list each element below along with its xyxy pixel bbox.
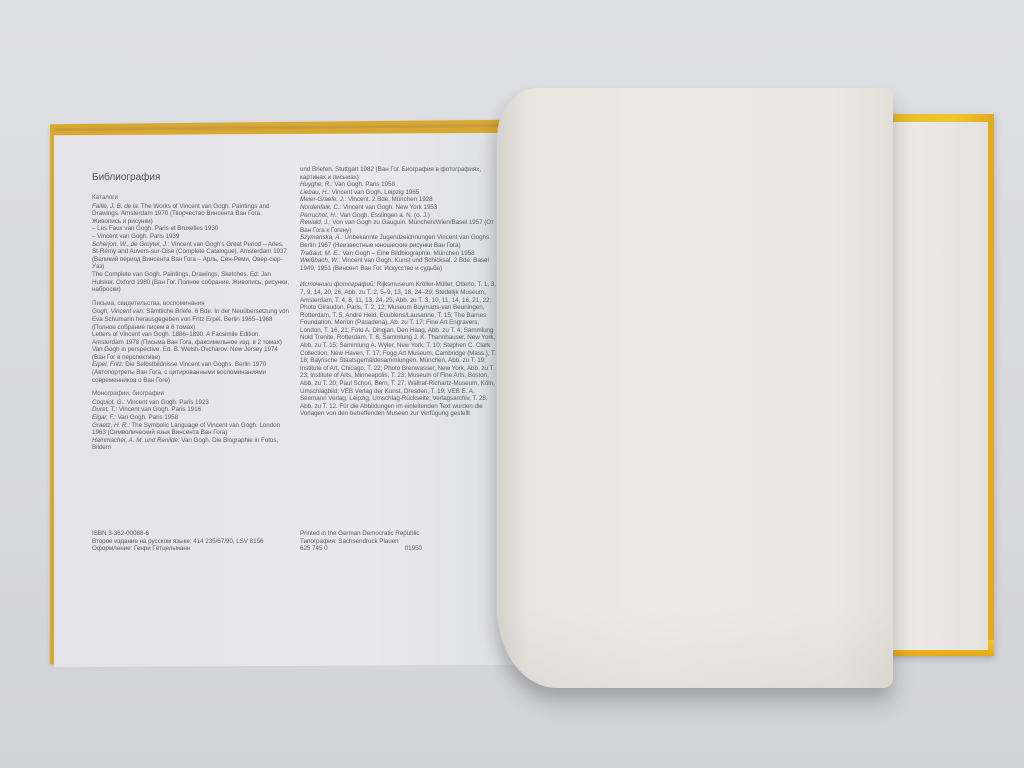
bibliography-entry: Hammacher, A. M. und Renilde: Van Gogh. … — [92, 437, 292, 452]
entry-author: Szymanska, A.: — [300, 234, 343, 241]
bibliography-entry: Coquiot, G.: Vincent van Gogh. Paris 192… — [92, 399, 292, 407]
entry-author: Hammacher, A. M. und Renilde: — [92, 437, 180, 444]
entry-author: Perruchot, H.: — [300, 212, 338, 219]
section-heading: Письма, свидетельства, воспоминания — [92, 300, 292, 308]
entry-author: Erpel, Fritz: — [92, 361, 124, 368]
bibliography-entry: – Les Faux van Gogh. Paris et Bruxelles … — [92, 225, 292, 233]
entry-author: Liebau, H.: — [300, 189, 330, 196]
curled-blank-page — [497, 88, 893, 688]
bibliography-entry: Letters of Vincent van Gogh. 1886–1890. … — [92, 331, 292, 346]
entry-author: Huyghe, R.: — [300, 181, 333, 188]
entry-author: Gogh, Vincent van: — [92, 308, 145, 315]
bibliography-entry: Meier-Graefe, J.: Vincent. 2 Bde. Münche… — [300, 196, 496, 204]
bibliography-column-1: КаталогиFaille, J. B. de la: The Works o… — [92, 194, 292, 452]
entry-author: Meier-Graefe, J.: — [300, 196, 346, 203]
bibliography-entry: Huyghe, R.: Van Gogh. Paris 1958 — [300, 181, 496, 189]
bibliography-entry: Scherjon, W., de Gruyter, J.: Vincent va… — [92, 241, 292, 271]
order-code: 01950 — [405, 545, 422, 553]
bibliography-entry: Traßaut, M. E.: Van Gogh – Eine Bildbiog… — [300, 250, 496, 258]
print-code: 625 745 0 — [300, 545, 328, 553]
bibliography-entry: The Complete van Gogh. Paintings, Drawin… — [92, 271, 292, 294]
section-heading: Каталоги — [92, 194, 292, 202]
isbn: ISBN 3-362-00088-6 — [92, 530, 292, 538]
bibliography-entry: Szymanska, A.: Unbekannte Jugendzeichnun… — [300, 234, 496, 249]
entry-author: Duret, T.: — [92, 406, 117, 413]
bibliography-entry: Nordenfalk, C.: Vincent van Gogh. New Yo… — [300, 204, 496, 212]
bibliography-entry: Van Gogh in perspective. Ed. B. Welsh-Ov… — [92, 346, 292, 361]
entry-author: Graetz, H. R.: — [92, 422, 130, 429]
bibliography-entry: Graetz, H. R.: The Symbolic Language of … — [92, 422, 292, 437]
entry-author: Rewald, J.: — [300, 219, 331, 226]
entry-author: Weißbach, W.: — [300, 257, 340, 264]
bibliography-entry: Faille, J. B. de la: The Works of Vincen… — [92, 203, 292, 226]
bibliography-entry: Elgar, F.: Van Gogh. Paris 1958 — [92, 414, 292, 422]
bibliography-entry: Perruchot, H.: Van Gogh. Esslingen a. N.… — [300, 212, 496, 220]
bibliography-entry: Rewald, J.: Von van Gogh zu Gauguin. Mün… — [300, 219, 496, 234]
entry-author: Scherjon, W., de Gruyter, J.: — [92, 241, 169, 248]
imprint-right: Printed in the German Democratic Republi… — [300, 530, 500, 553]
bibliography-column-2: und Briefen. Stuttgart 1982 (Ван Гог. Би… — [300, 166, 496, 418]
bibliography-entry: Liebau, H.: Vincent van Gogh. Leipzig 19… — [300, 189, 496, 197]
section-heading: Монографии, биографии — [92, 390, 292, 398]
bibliography-entry: und Briefen. Stuttgart 1982 (Ван Гог. Би… — [300, 166, 496, 181]
photo-sources-text: Rijksmuseum Kröller-Müller, Otterlo, T. … — [300, 281, 496, 417]
entry-author: Traßaut, M. E.: — [300, 250, 341, 257]
photo-scene: Библиография КаталогиFaille, J. B. de la… — [0, 0, 1024, 768]
bibliography-entry: Weißbach, W.: Vincent van Gogh. Kunst un… — [300, 257, 496, 272]
photo-sources: Источники фотографий: Rijksmuseum Krölle… — [300, 281, 496, 418]
bibliography-entry: – Vincent van Gogh. Paris 1939 — [92, 233, 292, 241]
imprint-left: ISBN 3-362-00088-6 Второе издание на рус… — [92, 530, 292, 553]
photo-sources-label: Источники фотографий: — [300, 281, 375, 288]
bibliography-entry: Duret, T.: Vincent van Gogh. Paris 1916 — [92, 406, 292, 414]
entry-author: Elgar, F.: — [92, 414, 116, 421]
bibliography-title: Библиография — [92, 172, 160, 183]
entry-author: Nordenfalk, C.: — [300, 204, 341, 211]
printed-in: Printed in the German Democratic Republi… — [300, 530, 500, 538]
printer: Типография: Sachsendruck Plauen — [300, 538, 500, 546]
bibliography-entry: Erpel, Fritz: Die Selbstbildnisse Vincen… — [92, 361, 292, 384]
bibliography-entry: Gogh, Vincent van: Sämtliche Briefe. 6 B… — [92, 308, 292, 331]
entry-author: Faille, J. B. de la: — [92, 203, 139, 210]
edition-line: Второе издание на русском языке: 414 235… — [92, 538, 292, 546]
entry-author: Coquiot, G.: — [92, 399, 125, 406]
design-credit: Оформление: Генри Гётцельманн — [92, 545, 292, 553]
